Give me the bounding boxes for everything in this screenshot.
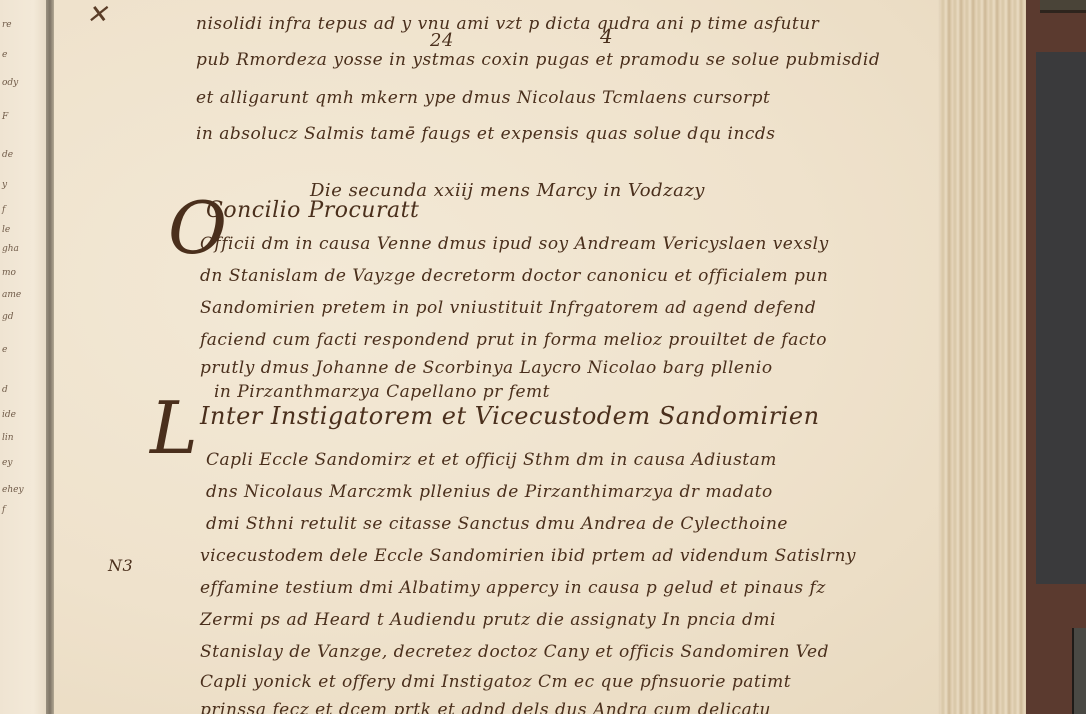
leather-binding (1026, 0, 1086, 714)
stray-pen-mark-icon: ✕ (86, 0, 108, 30)
left-page-fragment: F (2, 112, 8, 122)
left-page-fragment: f (2, 205, 5, 215)
left-page-fragment: mo (2, 268, 16, 278)
text-line: effamine testium dmi Albatimy appercy in… (200, 578, 826, 598)
text-line: Zermi ps ad Heard t Audiendu prutz die a… (200, 610, 776, 630)
page-block-edge (940, 0, 1028, 714)
text-line: Sandomirien pretem in pol vniustituit In… (200, 298, 816, 318)
text-line: Officii dm in causa Venne dmus ipud soy … (200, 234, 829, 254)
left-page-fragment: gha (2, 244, 19, 254)
text-line: dn Stanislam de Vayzge decretorm doctor … (200, 266, 828, 286)
margin-note: N3 (108, 556, 133, 575)
text-line: Capli yonick et offery dmi Instigatoz Cm… (200, 672, 791, 692)
text-line: in absolucz Salmis tamē faugs et expensi… (196, 124, 776, 144)
text-line: Capli Eccle Sandomirz et et officij Sthm… (206, 450, 777, 470)
text-line: Stanislay de Vanzge, decretez doctoz Can… (200, 642, 829, 662)
left-page-fragment: e (2, 50, 7, 60)
section-title: Concilio Procuratt (206, 198, 419, 223)
left-page-fragment: e (2, 345, 7, 355)
text-line: prinssa fecz et dcem prtk et adnd dels d… (200, 700, 771, 714)
text-line: nisolidi infra tepus ad y vnu ami vzt p … (196, 14, 819, 34)
left-page-fragment: gd (2, 312, 14, 322)
book-gutter (46, 0, 54, 714)
metal-clasp-bottom (1072, 628, 1086, 714)
left-page-fragment: y (2, 180, 7, 190)
left-page-fragment: le (2, 225, 10, 235)
left-page-fragment: d (2, 385, 8, 395)
left-page-fragment: f (2, 505, 5, 515)
left-page-fragment: ody (2, 78, 18, 88)
text-line: prutly dmus Johanne de Scorbinya Laycro … (200, 358, 773, 378)
metal-clasp-top (1040, 0, 1086, 13)
text-line: et alligarunt qmh mkern ype dmus Nicolau… (196, 88, 770, 108)
text-line: dmi Sthni retulit se citasse Sanctus dmu… (206, 514, 788, 534)
left-page-fragment: ehey (2, 485, 24, 495)
left-page-strip: re e ody F de y f le gha mo ame gd e d i… (0, 0, 48, 714)
text-line: faciend cum facti respondend prut in for… (200, 330, 827, 350)
text-line: in Pirzanthmarzya Capellano pr femt (214, 382, 550, 402)
text-line: pub Rmordeza yosse in ystmas coxin pugas… (196, 50, 880, 70)
left-page-fragment: de (2, 150, 13, 160)
marginal-number: 24 (430, 30, 454, 51)
left-page-fragment: lin (2, 433, 14, 443)
left-page-fragment: ey (2, 458, 12, 468)
left-page-fragment: ame (2, 290, 21, 300)
left-page-fragment: re (2, 20, 12, 30)
text-line: vicecustodem dele Eccle Sandomirien ibid… (200, 546, 856, 566)
felt-backing (1036, 52, 1086, 584)
decorated-initial: L (150, 392, 198, 464)
marginal-number: 4 (600, 24, 613, 48)
text-line: dns Nicolaus Marczmk pllenius de Pirzant… (206, 482, 773, 502)
left-page-fragment: ide (2, 410, 16, 420)
section-title: Inter Instigatorem et Vicecustodem Sando… (200, 402, 820, 430)
